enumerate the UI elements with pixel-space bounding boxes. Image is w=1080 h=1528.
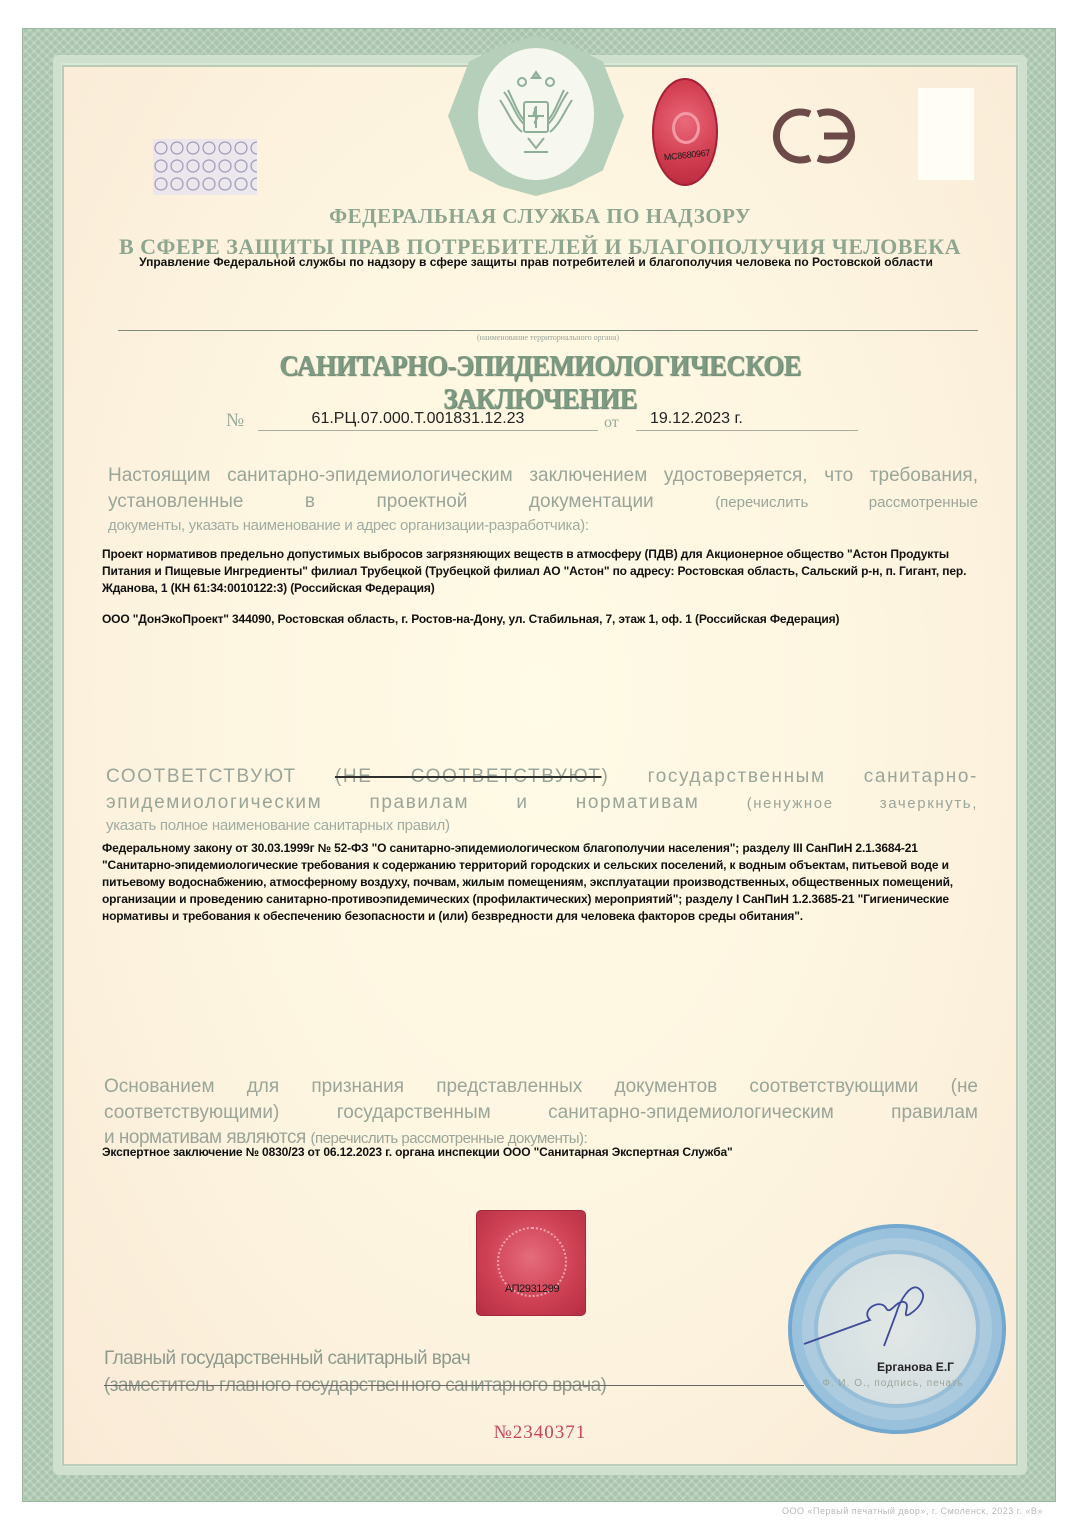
signer-name: Ерганова Е.Г bbox=[877, 1360, 954, 1374]
certification-intro: Настоящим санитарно-эпидемиологическим з… bbox=[108, 463, 978, 516]
signature-icon bbox=[800, 1280, 940, 1350]
hologram-sticker: МС8680967 bbox=[652, 78, 718, 186]
compliance-hint-2: указать полное наименование санитарных п… bbox=[106, 817, 450, 834]
document-number-row: № 61.РЦ.07.000.Т.001831.12.23 от 19.12.2… bbox=[0, 404, 1080, 430]
number-sign: № bbox=[226, 410, 244, 432]
signer-caption: Ф. И. О., подпись, печать bbox=[808, 1378, 978, 1389]
compliance-statement: СООТВЕТСТВУЮТ (НЕ СООТВЕТСТВУЮТ) государ… bbox=[106, 764, 978, 817]
project-description: Проект нормативов предельно допустимых в… bbox=[102, 546, 982, 597]
security-pattern bbox=[153, 139, 257, 195]
hologram-emblem-icon bbox=[672, 112, 700, 144]
signature-line bbox=[104, 1385, 804, 1386]
territorial-body-caption: (наименование территориального органа) bbox=[118, 333, 978, 342]
complies-label: СООТВЕТСТВУЮТ bbox=[106, 766, 297, 787]
compliance-rest-2: эпидемиологическим правилам и нормативам bbox=[106, 792, 699, 813]
date-underline bbox=[636, 430, 858, 431]
compliance-hint: (ненужное зачеркнуть, bbox=[747, 795, 978, 812]
document-number: 61.РЦ.07.000.Т.001831.12.23 bbox=[258, 410, 578, 428]
sanitary-rules-list: Федеральному закону от 30.03.1999г № 52-… bbox=[102, 840, 982, 925]
hologram-serial: МС8680967 bbox=[656, 147, 719, 163]
certification-intro-hint: (перечислить рассмотренные bbox=[715, 494, 978, 511]
number-underline bbox=[258, 430, 598, 431]
blank-patch bbox=[918, 88, 974, 180]
doctor-title: Главный государственный санитарный врач … bbox=[104, 1345, 606, 1399]
developer-organization: ООО "ДонЭкоПроект" 344090, Ростовская об… bbox=[102, 611, 982, 628]
expert-opinion: Экспертное заключение № 0830/23 от 06.12… bbox=[102, 1144, 982, 1161]
territorial-body-name: Управление Федеральной службы по надзору… bbox=[96, 254, 976, 270]
document-date: 19.12.2023 г. bbox=[650, 410, 770, 428]
not-complies-struck: (НЕ СООТВЕТСТВУЮТ bbox=[335, 766, 601, 787]
hologram-square-sticker: АП2931299 bbox=[476, 1210, 586, 1316]
divider bbox=[118, 330, 978, 331]
basis-statement-text: Основанием для признания представленных … bbox=[104, 1076, 978, 1123]
basis-statement: Основанием для признания представленных … bbox=[104, 1074, 978, 1126]
coat-of-arms-icon bbox=[478, 48, 594, 180]
compliance-rest-1: ) государственным санитарно- bbox=[601, 766, 978, 787]
form-serial-number: №2340371 bbox=[470, 1422, 610, 1444]
hologram-square-serial: АП2931299 bbox=[477, 1283, 587, 1295]
se-logo-icon bbox=[772, 104, 862, 168]
date-label: от bbox=[604, 414, 619, 432]
printer-note: ООО «Первый печатный двор», г. Смоленск,… bbox=[782, 1506, 1072, 1516]
certification-intro-hint-2: документы, указать наименование и адрес … bbox=[108, 517, 589, 534]
agency-heading-line1: ФЕДЕРАЛЬНАЯ СЛУЖБА ПО НАДЗОРУ bbox=[90, 204, 990, 229]
doctor-title-line1: Главный государственный санитарный врач bbox=[104, 1345, 606, 1372]
